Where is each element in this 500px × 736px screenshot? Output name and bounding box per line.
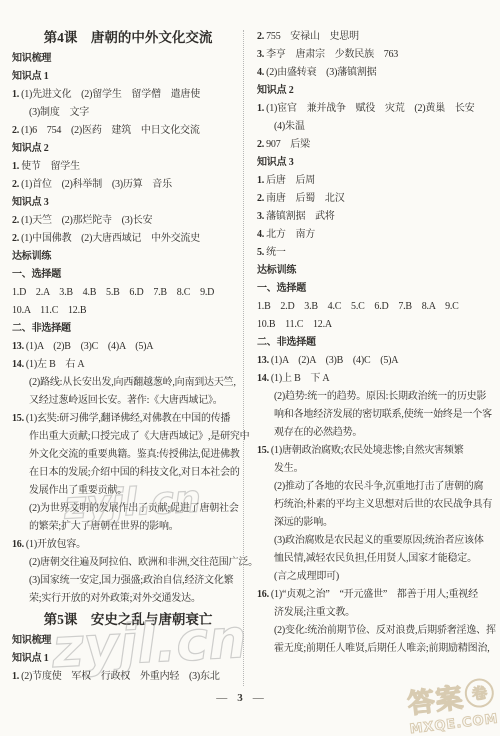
line-text: 知识点 2 [12, 143, 49, 154]
answer-line: 4.北方 南方 [257, 226, 495, 244]
line-text: (3)国家统一安定,国力强盛;政治自信,经济文化繁 [29, 575, 233, 586]
answer-line: 1.B 2.D 3.B 4.C 5.C 6.D 7.B 8.A 9.C [257, 298, 495, 316]
answer-line: 1.使节 留学生 [12, 158, 244, 176]
left-column: 第4课 唐朝的中外文化交流知识梳理知识点 11.(1)先进文化 (2)留学生 留… [12, 26, 244, 686]
line-text: 统一 [266, 247, 286, 258]
item-number: 3. [257, 211, 266, 222]
item-number: 1. [257, 175, 266, 186]
line-text: 又经过葱岭返回长安。著作:《大唐西域记》。 [29, 395, 223, 406]
line-text: 达标训练 [257, 265, 296, 276]
section-heading: 知识点 2 [12, 140, 244, 158]
line-text: 知识点 2 [257, 85, 294, 96]
answer-line: 1.(1)宦官 兼并战争 赋役 灾荒 (2)黄巢 长安 [257, 100, 495, 118]
line-text: 1.B 2.D 3.B 4.C 5.C 6.D 7.B 8.A 9.C [257, 301, 459, 312]
line-text: 在日本的发展;介绍中国的科技文化,对日本社会的 [29, 467, 240, 478]
line-text: 第4课 唐朝的中外文化交流 [44, 30, 213, 45]
answer-line: (2)唐朝交往遍及阿拉伯、欧洲和非洲,交往范围广泛。 [12, 554, 244, 572]
line-text: (1)宦官 兼并战争 赋役 灾荒 (2)黄巢 长安 [266, 103, 474, 114]
item-number: 1. [12, 161, 21, 172]
page-footer: —3— [0, 692, 480, 704]
line-text: 发生。 [274, 463, 303, 474]
item-number: 2. [257, 193, 266, 204]
line-text: 北方 南方 [266, 229, 315, 240]
footer-dash-right: — [253, 692, 264, 704]
line-text: (1)唐朝政治腐败;农民处境悲惨;自然灾害频繁 [271, 445, 464, 456]
line-text: (1)首位 (2)科举制 (3)历算 音乐 [21, 179, 172, 190]
answer-line: 观存在的必然趋势。 [257, 424, 495, 442]
line-text: 李亨 唐肃宗 少数民族 763 [266, 49, 398, 60]
line-text: 知识点 3 [12, 197, 49, 208]
line-text: 907 后梁 [266, 139, 310, 150]
line-text: (1)开放包容。 [26, 539, 86, 550]
right-column: 2.755 安禄山 史思明3.李亨 唐肃宗 少数民族 7634.(2)由盛转衰 … [257, 28, 495, 658]
line-text: 知识点 1 [12, 653, 49, 664]
answer-line: 1.(1)先进文化 (2)留学生 留学僧 遣唐使 [12, 86, 244, 104]
line-text: 755 安禄山 史思明 [266, 31, 359, 42]
answer-line: 15.(1)玄奘:研习佛学,翻译佛经,对佛教在中国的传播 [12, 410, 244, 428]
answer-line: (2)变化:统治前期节俭、反对浪费,后期骄奢淫逸、挥 [257, 622, 495, 640]
line-text: 知识点 1 [12, 71, 49, 82]
answer-line: 发生。 [257, 460, 495, 478]
line-text: 10.A 11.C 12.B [12, 305, 86, 316]
answer-line: 13.(1)A (2)B (3)C (4)A (5)A [12, 338, 244, 356]
line-text: 1.D 2.A 3.B 4.B 5.B 6.D 7.B 8.C 9.D [12, 287, 214, 298]
answer-line: 2.(1)天竺 (2)那烂陀寺 (3)长安 [12, 212, 244, 230]
answer-line: (2)趋势:统一的趋势。原因:长期政治统一的历史影 [257, 388, 495, 406]
line-text: (言之成理即可) [274, 571, 339, 582]
section-heading: 知识点 3 [12, 194, 244, 212]
lesson-title: 第4课 唐朝的中外文化交流 [12, 26, 244, 50]
answer-line: 霍无度;前期任人唯贤,后期任人唯亲;前期励精图治, [257, 640, 495, 658]
section-heading: 知识点 1 [12, 650, 244, 668]
line-text: 第5课 安史之乱与唐朝衰亡 [44, 612, 213, 627]
answer-line: 发展作出了重要贡献。 [12, 482, 244, 500]
line-text: (1)A (2)B (3)C (4)A (5)A [26, 341, 153, 352]
answer-line: (4)朱温 [257, 118, 495, 136]
line-text: 恤民情,减轻农民负担,任用贤人,国家才能稳定。 [274, 553, 477, 564]
line-text: 知识点 3 [257, 157, 294, 168]
line-text: 的繁荣;扩大了唐朝在世界的影响。 [29, 521, 179, 532]
line-text: (2)由盛转衰 (3)藩镇割据 [266, 67, 376, 78]
lesson-title: 第5课 安史之乱与唐朝衰亡 [12, 608, 244, 632]
section-heading: 知识点 1 [12, 68, 244, 86]
line-text: 二、非选择题 [12, 323, 71, 334]
line-text: 响和各地经济发展的密切联系,使统一始终是一个客 [274, 409, 492, 420]
item-number: 2. [12, 233, 21, 244]
section-heading: 一、选择题 [257, 280, 495, 298]
answer-line: (2)为世界文明的发展作出了贡献;促进了唐朝社会 [12, 500, 244, 518]
answer-line: 5.统一 [257, 244, 495, 262]
answer-line: (3)国家统一安定,国力强盛;政治自信,经济文化繁 [12, 572, 244, 590]
page-number: 3 [237, 692, 243, 704]
line-text: (1)“贞观之治” “开元盛世” 都善于用人;重视经 [271, 589, 478, 600]
line-text: 作出重大贡献;口授完成了《大唐西域记》,是研究中 [29, 431, 249, 442]
line-text: (1)上 B 下 A [271, 373, 330, 384]
section-heading: 知识梳理 [12, 50, 244, 68]
line-text: (2)为世界文明的发展作出了贡献;促进了唐朝社会 [29, 503, 239, 514]
item-number: 1. [12, 671, 21, 682]
line-text: 藩镇割据 武将 [266, 211, 335, 222]
answer-line: 又经过葱岭返回长安。著作:《大唐西域记》。 [12, 392, 244, 410]
item-number: 5. [257, 247, 266, 258]
line-text: 一、选择题 [12, 269, 61, 280]
answer-line: 荣;实行开放的对外政策;对外交通发达。 [12, 590, 244, 608]
answer-line: 的繁荣;扩大了唐朝在世界的影响。 [12, 518, 244, 536]
answer-line: 2.755 安禄山 史思明 [257, 28, 495, 46]
answer-line: 2.907 后梁 [257, 136, 495, 154]
line-text: 知识梳理 [12, 53, 51, 64]
item-number: 13. [12, 341, 26, 352]
column-divider [243, 30, 244, 686]
line-text: (1)玄奘:研习佛学,翻译佛经,对佛教在中国的传播 [26, 413, 230, 424]
line-text: (2)推动了各地的农民斗争,沉重地打击了唐朝的腐 [274, 481, 483, 492]
answer-line: 10.A 11.C 12.B [12, 302, 244, 320]
line-text: (1)先进文化 (2)留学生 留学僧 遣唐使 [21, 89, 200, 100]
answer-line: 深远的影响。 [257, 514, 495, 532]
line-text: 朽统治;朴素的平均主义思想对后世的农民战争具有 [274, 499, 492, 510]
line-text: (1)左 B 右 A [26, 359, 85, 370]
answer-line: 1.后唐 后周 [257, 172, 495, 190]
answer-line: 16.(1)“贞观之治” “开元盛世” 都善于用人;重视经 [257, 586, 495, 604]
answer-line: 2.(1)首位 (2)科举制 (3)历算 音乐 [12, 176, 244, 194]
line-text: 济发展;注重文教。 [274, 607, 355, 618]
item-number: 1. [257, 103, 266, 114]
answer-line: 济发展;注重文教。 [257, 604, 495, 622]
watermark-mxqe-site: MXQE.COM [408, 711, 499, 736]
answer-line: 4.(2)由盛转衰 (3)藩镇割据 [257, 64, 495, 82]
line-text: (2)节度使 军权 行政权 外重内轻 (3)东北 [21, 671, 220, 682]
answer-line: 13.(1)A (2)A (3)B (4)C (5)A [257, 352, 495, 370]
answer-line: 恤民情,减轻农民负担,任用贤人,国家才能稳定。 [257, 550, 495, 568]
answer-line: (3)政治腐败是农民起义的重要原因;统治者应该体 [257, 532, 495, 550]
line-text: (1)天竺 (2)那烂陀寺 (3)长安 [21, 215, 152, 226]
line-text: (3)制度 文字 [29, 107, 89, 118]
line-text: (1)中国佛教 (2)大唐西域记 中外交流史 [21, 233, 200, 244]
answer-line: 14.(1)上 B 下 A [257, 370, 495, 388]
line-text: (2)变化:统治前期节俭、反对浪费,后期骄奢淫逸、挥 [274, 625, 496, 636]
section-heading: 二、非选择题 [257, 334, 495, 352]
section-heading: 达标训练 [257, 262, 495, 280]
answer-line: 作出重大贡献;口授完成了《大唐西域记》,是研究中 [12, 428, 244, 446]
item-number: 3. [257, 49, 266, 60]
line-text: 霍无度;前期任人唯贤,后期任人唯亲;前期励精图治, [274, 643, 490, 654]
section-heading: 一、选择题 [12, 266, 244, 284]
answer-line: (2)路线:从长安出发,向西翻越葱岭,向南到达天竺, [12, 374, 244, 392]
line-text: (2)趋势:统一的趋势。原因:长期政治统一的历史影 [274, 391, 486, 402]
answer-line: 1.(2)节度使 军权 行政权 外重内轻 (3)东北 [12, 668, 244, 686]
section-heading: 二、非选择题 [12, 320, 244, 338]
item-number: 13. [257, 355, 271, 366]
section-heading: 知识点 2 [257, 82, 495, 100]
line-text: 深远的影响。 [274, 517, 333, 528]
answer-line: 14.(1)左 B 右 A [12, 356, 244, 374]
answer-line: 在日本的发展;介绍中国的科技文化,对日本社会的 [12, 464, 244, 482]
line-text: 二、非选择题 [257, 337, 316, 348]
line-text: (3)政治腐败是农民起义的重要原因;统治者应该体 [274, 535, 484, 546]
line-text: (1)A (2)A (3)B (4)C (5)A [271, 355, 398, 366]
answer-line: 16.(1)开放包容。 [12, 536, 244, 554]
answer-line: 15.(1)唐朝政治腐败;农民处境悲惨;自然灾害频繁 [257, 442, 495, 460]
line-text: 使节 留学生 [21, 161, 80, 172]
line-text: 外文化交流的重要典籍。鉴真:传授佛法,促进佛教 [29, 449, 240, 460]
item-number: 1. [12, 89, 21, 100]
item-number: 4. [257, 229, 266, 240]
line-text: (4)朱温 [274, 121, 305, 132]
line-text: (2)唐朝交往遍及阿拉伯、欧洲和非洲,交往范围广泛。 [29, 557, 258, 568]
item-number: 15. [12, 413, 26, 424]
line-text: 知识梳理 [12, 635, 51, 646]
item-number: 2. [12, 125, 21, 136]
line-text: 达标训练 [12, 251, 51, 262]
section-heading: 知识点 3 [257, 154, 495, 172]
line-text: 一、选择题 [257, 283, 306, 294]
answer-line: (言之成理即可) [257, 568, 495, 586]
item-number: 16. [257, 589, 271, 600]
item-number: 2. [257, 139, 266, 150]
line-text: (2)路线:从长安出发,向西翻越葱岭,向南到达天竺, [29, 377, 236, 388]
item-number: 4. [257, 67, 266, 78]
item-number: 2. [12, 215, 21, 226]
answer-line: 响和各地经济发展的密切联系,使统一始终是一个客 [257, 406, 495, 424]
line-text: 10.B 11.C 12.A [257, 319, 332, 330]
answer-line: 2.(1)中国佛教 (2)大唐西域记 中外交流史 [12, 230, 244, 248]
answer-line: 3.藩镇割据 武将 [257, 208, 495, 226]
answer-line: 2.(1)6 754 (2)医药 建筑 中日文化交流 [12, 122, 244, 140]
answer-line: 10.B 11.C 12.A [257, 316, 495, 334]
item-number: 2. [12, 179, 21, 190]
answer-line: (2)推动了各地的农民斗争,沉重地打击了唐朝的腐 [257, 478, 495, 496]
line-text: 观存在的必然趋势。 [274, 427, 362, 438]
answer-line: (3)制度 文字 [12, 104, 244, 122]
line-text: 荣;实行开放的对外政策;对外交通发达。 [29, 593, 201, 604]
answer-line: 1.D 2.A 3.B 4.B 5.B 6.D 7.B 8.C 9.D [12, 284, 244, 302]
section-heading: 知识梳理 [12, 632, 244, 650]
answer-line: 3.李亨 唐肃宗 少数民族 763 [257, 46, 495, 64]
line-text: 发展作出了重要贡献。 [29, 485, 127, 496]
footer-dash-left: — [216, 692, 227, 704]
answer-line: 2.南唐 后蜀 北汉 [257, 190, 495, 208]
line-text: 后唐 后周 [266, 175, 315, 186]
item-number: 16. [12, 539, 26, 550]
item-number: 2. [257, 31, 266, 42]
line-text: 南唐 后蜀 北汉 [266, 193, 344, 204]
item-number: 15. [257, 445, 271, 456]
section-heading: 达标训练 [12, 248, 244, 266]
item-number: 14. [257, 373, 271, 384]
answer-line: 朽统治;朴素的平均主义思想对后世的农民战争具有 [257, 496, 495, 514]
workbook-answer-page: 第4课 唐朝的中外文化交流知识梳理知识点 11.(1)先进文化 (2)留学生 留… [0, 0, 500, 736]
line-text: (1)6 754 (2)医药 建筑 中日文化交流 [21, 125, 200, 136]
answer-line: 外文化交流的重要典籍。鉴真:传授佛法,促进佛教 [12, 446, 244, 464]
item-number: 14. [12, 359, 26, 370]
